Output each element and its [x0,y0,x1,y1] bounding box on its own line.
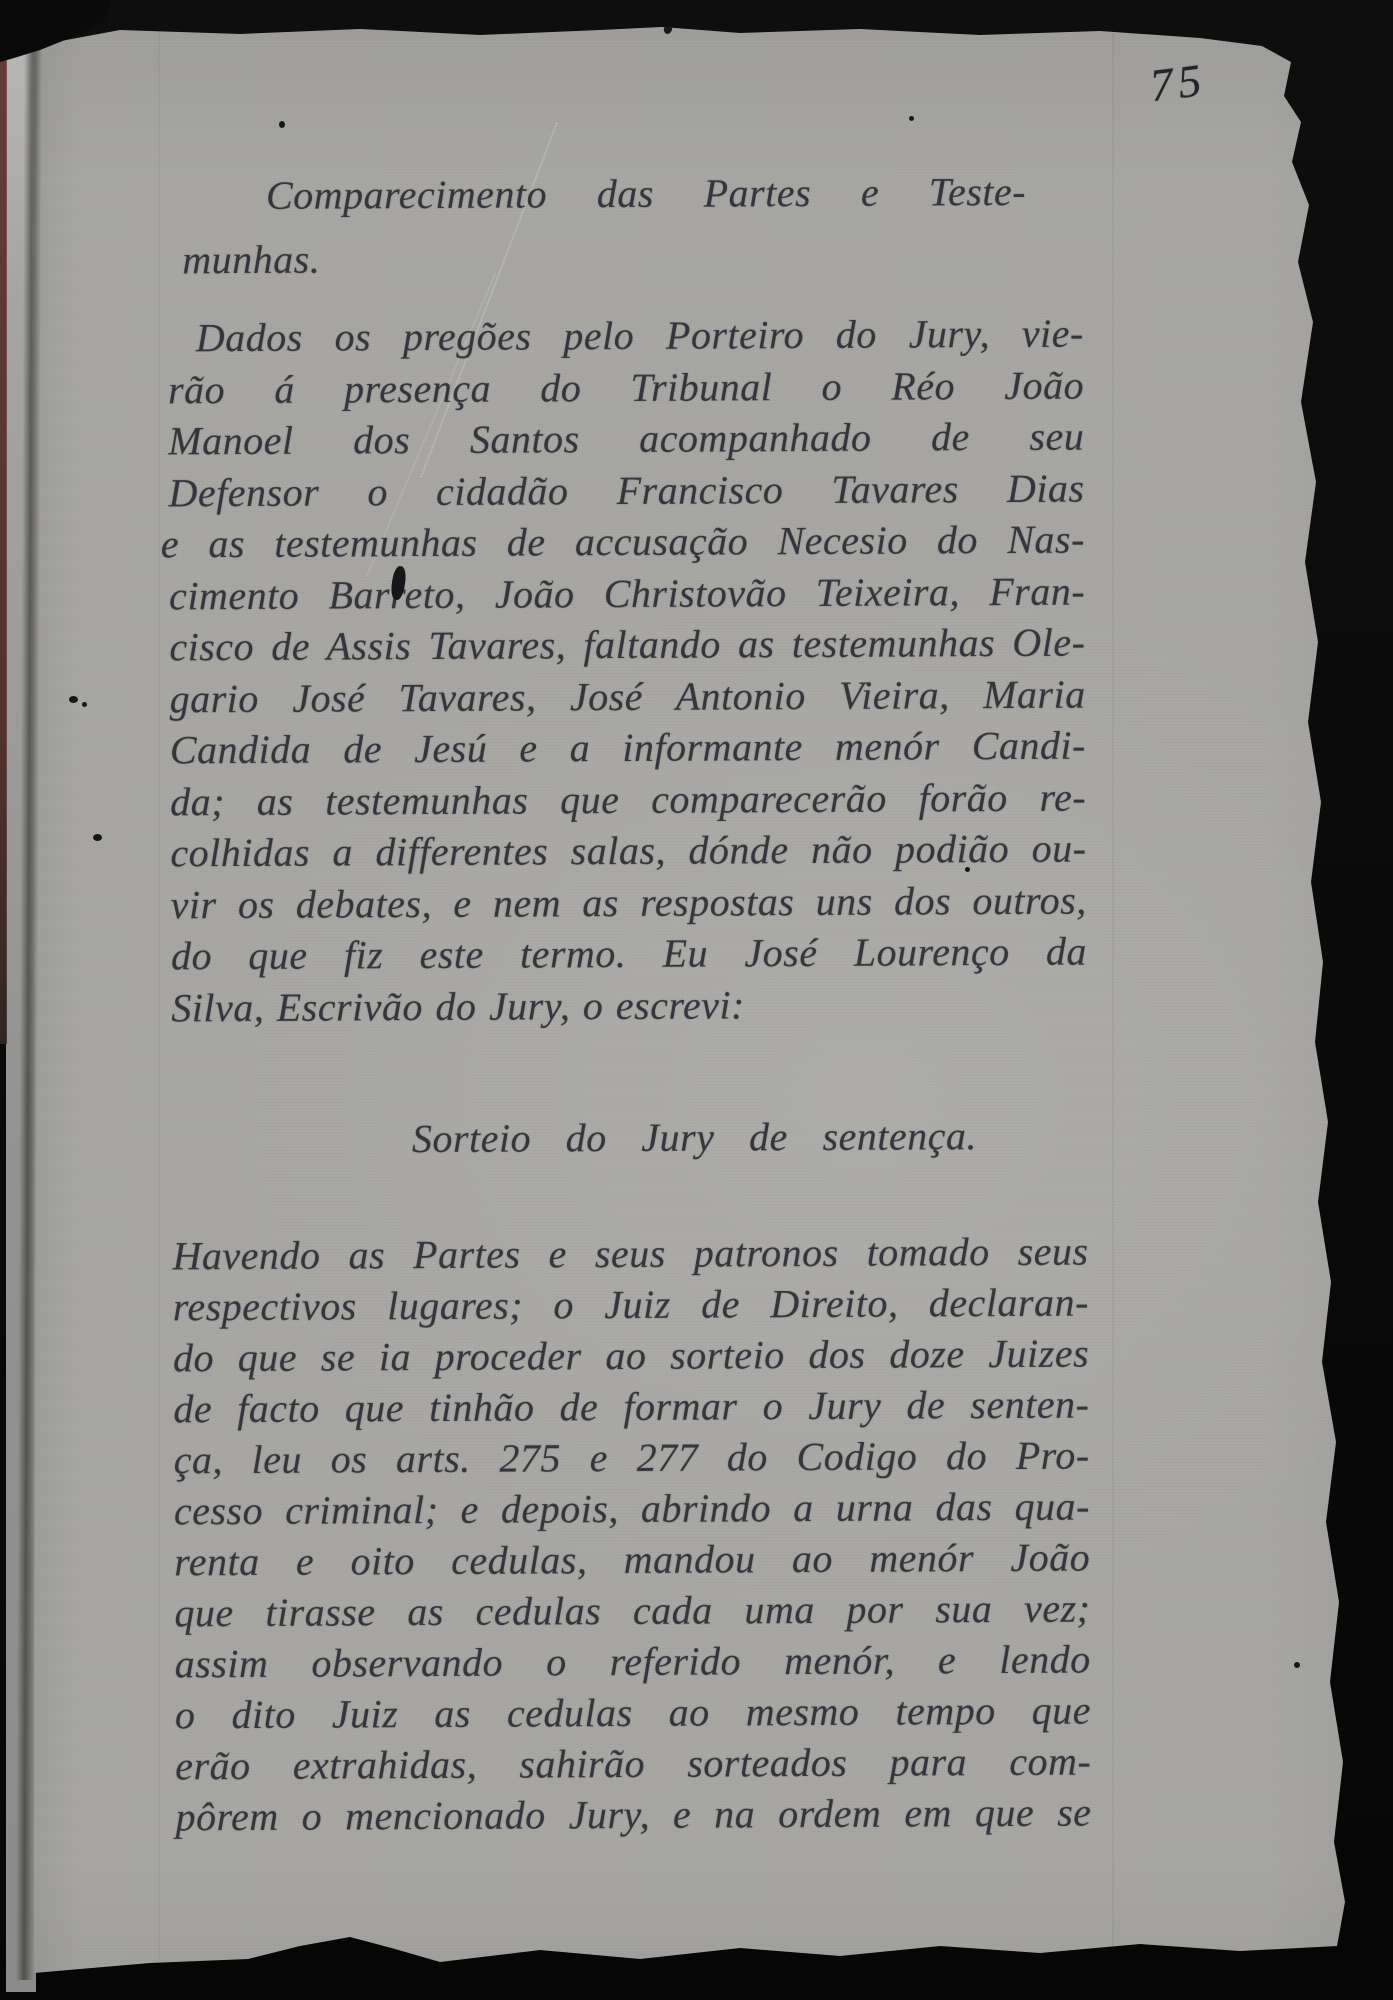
handwritten-line: cisco de Assis Tavares, faltando as test… [169,617,1085,674]
handwritten-line: do que se ia proceder ao sorteio dos doz… [173,1328,1089,1385]
book-edge-tint [0,44,7,1044]
vertical-crease [1112,30,1114,1960]
manuscript-page: 75 Comparecimento das Partes e Teste- mu… [0,0,1393,2000]
handwritten-line: vir os debates, e nem as respostas uns d… [171,875,1087,932]
ink-blot [663,23,674,35]
handwritten-line: Havendo as Partes e seus patronos tomado… [172,1226,1088,1283]
scanned-manuscript: 75 Comparecimento das Partes e Teste- mu… [0,0,1393,2000]
handwritten-line: cimento Barreto, João Christovão Teixeir… [169,566,1085,623]
handwritten-line: que tirasse as cedulas cada uma por sua … [174,1583,1090,1640]
handwritten-line: Defensor o cidadão Francisco Tavares Dia… [168,463,1084,520]
ink-blot [1294,1662,1300,1668]
handwritten-text: Comparecimento das Partes e Teste- munha… [166,0,1082,2]
handwritten-line: da; as testemunhas que comparecerão forã… [170,772,1086,829]
handwritten-line: ça, leu os arts. 275 e 277 do Codigo do … [174,1430,1090,1487]
handwritten-line: do que fiz este termo. Eu José Lourenço … [171,926,1087,983]
ink-blot [69,696,78,703]
ink-blot [93,834,102,841]
handwritten-line: gario José Tavares, José Antonio Vieira,… [170,669,1086,726]
handwritten-line: rão á presença do Tribunal o Réo João [168,360,1084,417]
handwritten-line: Silva, Escrivão do Jury, o escrevi: [171,978,1087,1035]
handwritten-line: Candida de Jesú e a informante menór Can… [170,720,1086,777]
handwritten-line: o dito Juiz as cedulas ao mesmo tempo qu… [175,1685,1091,1742]
vertical-crease [158,30,160,1960]
handwritten-line: colhidas a differentes salas, dónde não … [170,823,1086,880]
handwritten-line: erão extrahidas, sahirão sorteados para … [175,1736,1091,1793]
handwritten-line: respectivos lugares; o Juiz de Direito, … [173,1277,1089,1334]
handwritten-line: e as testemunhas de accusação Necesio do… [161,514,1085,571]
page-number: 75 [1147,53,1209,112]
document-heading-line: munhas. [182,230,1098,287]
ink-blot [909,116,914,121]
handwritten-line: Manoel dos Santos acompanhado de seu [168,411,1084,468]
ink-blot [82,702,87,707]
handwritten-line: cesso criminal; e depois, abrindo a urna… [174,1481,1090,1538]
handwritten-line: renta e oito cedulas, mandou ao menór Jo… [174,1532,1090,1589]
section-heading: Sorteio do Jury de sentença. [412,1110,977,1165]
ink-blot [965,867,970,872]
handwritten-line: Dados os pregões pelo Porteiro do Jury, … [196,308,1084,365]
document-heading-line: Comparecimento das Partes e Teste- [266,166,1026,222]
handwritten-line: assim observando o referido menór, e len… [175,1634,1091,1691]
handwritten-line: de facto que tinhão de formar o Jury de … [173,1379,1089,1436]
handwritten-line: pôrem o mencionado Jury, e na ordem em q… [175,1787,1091,1844]
ink-blot [279,121,285,128]
